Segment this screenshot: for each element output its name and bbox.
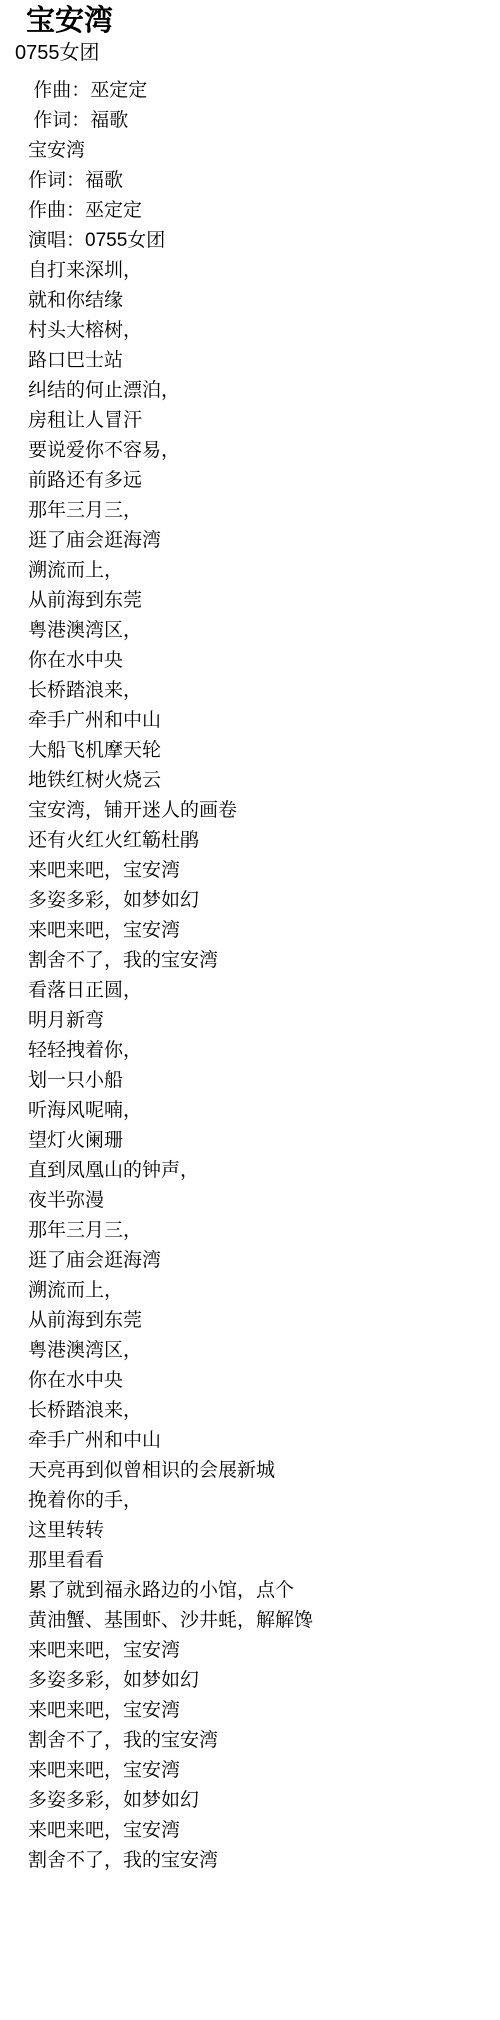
- lyric-line: 那年三月三，: [28, 496, 500, 526]
- lyric-line: 来吧来吧，宝安湾: [28, 1636, 500, 1666]
- lyric-line: 长桥踏浪来，: [28, 1396, 500, 1426]
- lyric-line: 要说爱你不容易，: [28, 436, 500, 466]
- artist-name: 0755女团: [15, 41, 500, 66]
- lyric-line: 溯流而上，: [28, 556, 500, 586]
- lyric-line: 挽着你的手，: [28, 1486, 500, 1516]
- lyric-line: 路口巴士站: [28, 346, 500, 376]
- lyric-line: 来吧来吧，宝安湾: [28, 856, 500, 886]
- lyric-line: 望灯火阑珊: [28, 1126, 500, 1156]
- lyric-line: 来吧来吧，宝安湾: [28, 1816, 500, 1846]
- lyric-line: 自打来深圳，: [28, 256, 500, 286]
- lyric-line: 牵手广州和中山: [28, 1426, 500, 1456]
- lyric-line: 前路还有多远: [28, 466, 500, 496]
- lyric-line: 天亮再到似曾相识的会展新城: [28, 1456, 500, 1486]
- lyric-line: 大船飞机摩天轮: [28, 736, 500, 766]
- lyric-line: 从前海到东莞: [28, 586, 500, 616]
- lyric-line: 粤港澳湾区，: [28, 616, 500, 646]
- lyric-line: 划一只小船: [28, 1066, 500, 1096]
- lyric-line: 割舍不了，我的宝安湾: [28, 1726, 500, 1756]
- lyric-line: 宝安湾，铺开迷人的画卷: [28, 796, 500, 826]
- lyric-line: 演唱：0755女团: [28, 226, 500, 256]
- lyric-line: 地铁红树火烧云: [28, 766, 500, 796]
- lyric-line: 累了就到福永路边的小馆，点个: [28, 1576, 500, 1606]
- lyric-line: 这里转转: [28, 1516, 500, 1546]
- lyric-line: 割舍不了，我的宝安湾: [28, 946, 500, 976]
- lyric-line: 夜半弥漫: [28, 1186, 500, 1216]
- lyric-line: 长桥踏浪来，: [28, 676, 500, 706]
- lyric-line: 作词：福歌: [28, 166, 500, 196]
- lyric-line: 多姿多彩，如梦如幻: [28, 1786, 500, 1816]
- lyric-line: 房租让人冒汗: [28, 406, 500, 436]
- lyrics-block: 作曲：巫定定 作词：福歌宝安湾作词：福歌作曲：巫定定演唱：0755女团自打来深圳…: [28, 76, 500, 1876]
- lyric-line: 多姿多彩，如梦如幻: [28, 886, 500, 916]
- lyric-line: 那里看看: [28, 1546, 500, 1576]
- lyric-line: 来吧来吧，宝安湾: [28, 1756, 500, 1786]
- lyric-line: 黄油蟹、基围虾、沙井蚝，解解馋: [28, 1606, 500, 1636]
- lyric-line: 轻轻拽着你，: [28, 1036, 500, 1066]
- lyric-line: 从前海到东莞: [28, 1306, 500, 1336]
- lyric-line: 来吧来吧，宝安湾: [28, 1696, 500, 1726]
- lyric-line: 明月新弯: [28, 1006, 500, 1036]
- lyric-line: 溯流而上，: [28, 1276, 500, 1306]
- lyrics-page: 宝安湾 0755女团 作曲：巫定定 作词：福歌宝安湾作词：福歌作曲：巫定定演唱：…: [0, 3, 500, 2020]
- lyric-line: 看落日正圆，: [28, 976, 500, 1006]
- lyric-line: 直到凤凰山的钟声，: [28, 1156, 500, 1186]
- lyric-line: 逛了庙会逛海湾: [28, 1246, 500, 1276]
- lyric-line: 作曲：巫定定: [28, 76, 500, 106]
- song-title: 宝安湾: [26, 3, 500, 39]
- lyric-line: 你在水中央: [28, 1366, 500, 1396]
- lyric-line: 多姿多彩，如梦如幻: [28, 1666, 500, 1696]
- lyric-line: 村头大榕树，: [28, 316, 500, 346]
- lyric-line: 牵手广州和中山: [28, 706, 500, 736]
- lyric-line: 割舍不了，我的宝安湾: [28, 1846, 500, 1876]
- lyric-line: 纠结的何止漂泊，: [28, 376, 500, 406]
- lyric-line: 逛了庙会逛海湾: [28, 526, 500, 556]
- lyric-line: 就和你结缘: [28, 286, 500, 316]
- lyric-line: 来吧来吧，宝安湾: [28, 916, 500, 946]
- lyric-line: 粤港澳湾区，: [28, 1336, 500, 1366]
- lyric-line: 作曲：巫定定: [28, 196, 500, 226]
- lyric-line: 还有火红火红簕杜鹃: [28, 826, 500, 856]
- lyric-line: 作词：福歌: [28, 106, 500, 136]
- lyric-line: 那年三月三，: [28, 1216, 500, 1246]
- lyric-line: 宝安湾: [28, 136, 500, 166]
- lyric-line: 听海风呢喃，: [28, 1096, 500, 1126]
- lyric-line: 你在水中央: [28, 646, 500, 676]
